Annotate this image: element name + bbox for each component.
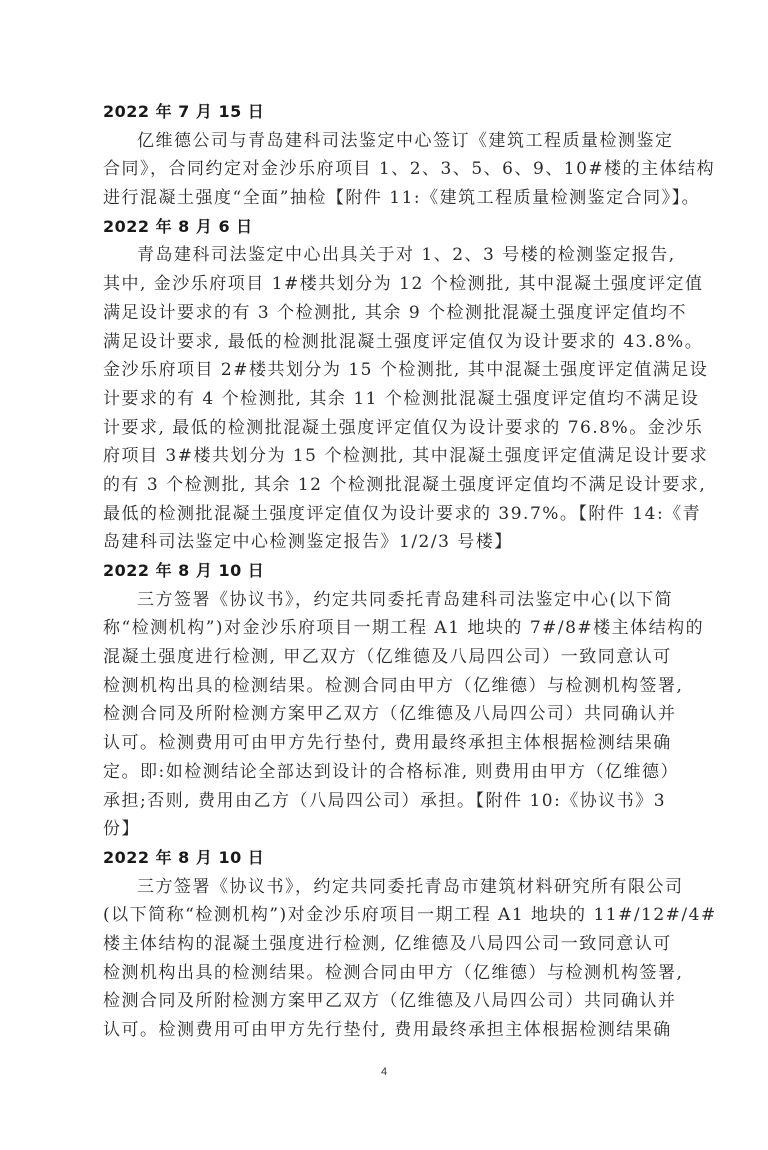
paragraph-line: 称“检测机构”)对金沙乐府项目一期工程 A1 地块的 7#/8#楼主体结构的 <box>103 614 666 643</box>
paragraph-line: 计要求, 最低的检测批混凝土强度评定值仅为设计要求的 76.8%。金沙乐 <box>103 414 666 443</box>
entry-date: 2022 年 8 月 10 日 <box>103 844 666 873</box>
paragraph-line: 满足设计要求的有 3 个检测批, 其余 9 个检测批混凝土强度评定值均不 <box>103 299 666 328</box>
paragraph-line: 检测机构出具的检测结果。检测合同由甲方（亿维德）与检测机构签署, <box>103 672 666 701</box>
paragraph-line: 的有 3 个检测批, 其余 12 个检测批混凝土强度评定值均不满足设计要求, <box>103 471 666 500</box>
paragraph-line: 份】 <box>103 815 666 844</box>
page-number: 4 <box>0 1066 768 1078</box>
paragraph-line: 府项目 3#楼共划分为 15 个检测批, 其中混凝土强度评定值满足设计要求 <box>103 442 666 471</box>
paragraph-line: 楼主体结构的混凝土强度进行检测, 亿维德及八局四公司一致同意认可 <box>103 930 666 959</box>
paragraph-line: 检测合同及所附检测方案甲乙双方（亿维德及八局四公司）共同确认并 <box>103 700 666 729</box>
entry-date: 2022 年 8 月 10 日 <box>103 557 666 586</box>
paragraph-line: 亿维德公司与青岛建科司法鉴定中心签订《建筑工程质量检测鉴定 <box>103 127 666 156</box>
paragraph-line: 检测机构出具的检测结果。检测合同由甲方（亿维德）与检测机构签署, <box>103 959 666 988</box>
paragraph-line: 合同》，合同约定对金沙乐府项目 1、2、3、5、6、9、10#楼的主体结构 <box>103 155 666 184</box>
paragraph-line: 承担;否则, 费用由乙方（八局四公司）承担。【附件 10:《协议书》3 <box>103 787 666 816</box>
paragraph-line: (以下简称“检测机构”)对金沙乐府项目一期工程 A1 地块的 11#/12#/4… <box>103 901 666 930</box>
paragraph-line: 认可。检测费用可由甲方先行垫付, 费用最终承担主体根据检测结果确 <box>103 729 666 758</box>
paragraph-line: 岛建科司法鉴定中心检测鉴定报告》1/2/3 号楼】 <box>103 528 666 557</box>
paragraph-line: 满足设计要求, 最低的检测批混凝土强度评定值仅为设计要求的 43.8%。 <box>103 328 666 357</box>
paragraph-line: 青岛建科司法鉴定中心出具关于对 1、2、3 号楼的检测鉴定报告, <box>103 241 666 270</box>
paragraph-line: 进行混凝土强度“全面”抽检【附件 11:《建筑工程质量检测鉴定合同》】。 <box>103 184 666 213</box>
paragraph-line: 计要求的有 4 个检测批, 其余 11 个检测批混凝土强度评定值均不满足设 <box>103 385 666 414</box>
paragraph-line: 认可。检测费用可由甲方先行垫付, 费用最终承担主体根据检测结果确 <box>103 1016 666 1045</box>
paragraph-line: 其中, 金沙乐府项目 1#楼共划分为 12 个检测批, 其中混凝土强度评定值 <box>103 270 666 299</box>
paragraph-line: 三方签署《协议书》，约定共同委托青岛市建筑材料研究所有限公司 <box>103 873 666 902</box>
paragraph-line: 混凝土强度进行检测, 甲乙双方（亿维德及八局四公司）一致同意认可 <box>103 643 666 672</box>
document-body: 2022 年 7 月 15 日 亿维德公司与青岛建科司法鉴定中心签订《建筑工程质… <box>103 98 666 1045</box>
entry-date: 2022 年 7 月 15 日 <box>103 98 666 127</box>
paragraph-line: 检测合同及所附检测方案甲乙双方（亿维德及八局四公司）共同确认并 <box>103 987 666 1016</box>
paragraph-line: 金沙乐府项目 2#楼共划分为 15 个检测批, 其中混凝土强度评定值满足设 <box>103 356 666 385</box>
document-page: 2022 年 7 月 15 日 亿维德公司与青岛建科司法鉴定中心签订《建筑工程质… <box>0 0 768 1150</box>
entry-date: 2022 年 8 月 6 日 <box>103 213 666 242</box>
paragraph-line: 定。即:如检测结论全部达到设计的合格标准, 则费用由甲方（亿维德） <box>103 758 666 787</box>
paragraph-line: 三方签署《协议书》，约定共同委托青岛建科司法鉴定中心(以下简 <box>103 586 666 615</box>
paragraph-line: 最低的检测批混凝土强度评定值仅为设计要求的 39.7%。【附件 14:《青 <box>103 500 666 529</box>
